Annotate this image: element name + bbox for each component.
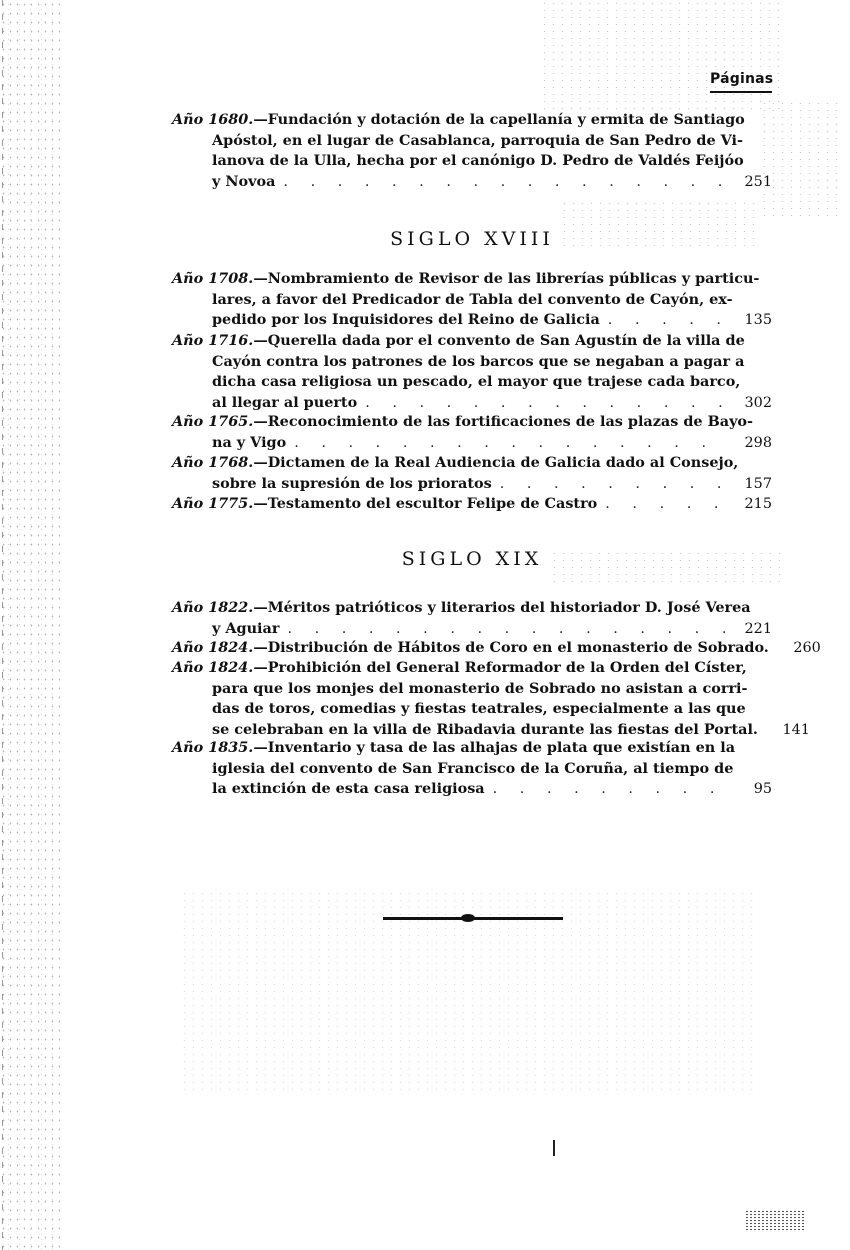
entry-text: —Querella dada por el convento de San Ag… <box>253 332 744 349</box>
page-number: 141 <box>766 720 810 741</box>
ornamental-rule <box>383 917 563 920</box>
page-number: 298 <box>728 433 772 454</box>
ink-blot <box>745 1210 805 1232</box>
index-entry: Año 1716.—Querella dada por el convento … <box>172 331 772 413</box>
dot-leader: . . . . . . . . . . . . . . . . . . . . … <box>485 779 728 800</box>
page-number: 157 <box>728 474 772 495</box>
index-entry: Año 1824.—Prohibición del General Reform… <box>172 658 772 740</box>
entry-text: —Fundación y dotación de la capellanía y… <box>253 111 744 128</box>
entry-year: Año 1716. <box>172 332 253 349</box>
index-entry: Año 1775.—Testamento del escultor Felipe… <box>172 494 772 515</box>
entry-year: Año 1768. <box>172 454 253 471</box>
section-title-siglo-xix: SIGLO XIX <box>172 548 772 570</box>
dot-leader: . . . . . . . . . . . . . . . . . . . . … <box>357 393 728 414</box>
dot-leader: . . . . . . . . . . . . . . . . . . . . … <box>492 474 728 495</box>
entry-text: —Distribución de Hábitos de Coro en el m… <box>253 639 769 656</box>
dot-leader: . . . . . . . . . . . . . . . . . . . . … <box>279 619 728 640</box>
entry-text: —Testamento del escultor Felipe de Castr… <box>253 495 597 512</box>
entry-text: dicha casa religiosa un pescado, el mayo… <box>172 372 772 393</box>
entry-text: —Inventario y tasa de las alhajas de pla… <box>253 739 735 756</box>
dot-leader: . . . . . . . . . . . . . . . . . . . . … <box>597 494 728 515</box>
entry-text: se celebraban en la villa de Ribadavia d… <box>212 720 758 741</box>
section-title-siglo-xviii: SIGLO XVIII <box>172 228 772 250</box>
scan-noise <box>760 100 840 220</box>
entry-text: y Novoa <box>212 172 275 193</box>
entry-text: —Méritos patrióticos y literarios del hi… <box>253 599 750 616</box>
entry-year: Año 1824. <box>172 639 253 656</box>
entry-year: Año 1835. <box>172 739 253 756</box>
page-number: 221 <box>728 619 772 640</box>
pages-column-header: Páginas <box>710 71 772 93</box>
entry-text: la extinción de esta casa religiosa <box>212 779 485 800</box>
scan-edge-line <box>2 0 3 1250</box>
entry-text: y Aguiar <box>212 619 279 640</box>
stray-mark <box>553 1140 555 1156</box>
entry-year: Año 1824. <box>172 659 253 676</box>
entry-text: das de toros, comedias y fiestas teatral… <box>172 699 772 720</box>
entry-text: para que los monjes del monasterio de So… <box>172 679 772 700</box>
page-number: 95 <box>728 779 772 800</box>
page-number: 215 <box>728 494 772 515</box>
index-entry: Año 1708.—Nombramiento de Revisor de las… <box>172 269 772 331</box>
entry-text: pedido por los Inquisidores del Reino de… <box>212 310 600 331</box>
dot-leader: . . . . . . . . . . . . . . . . . . . . … <box>600 310 728 331</box>
entry-text: lanova de la Ulla, hecha por el canónigo… <box>172 151 772 172</box>
entry-text: Cayón contra los patrones de los barcos … <box>172 352 772 373</box>
entry-text: —Nombramiento de Revisor de las librería… <box>253 270 759 287</box>
entry-text: —Reconocimiento de las fortificaciones d… <box>253 413 753 430</box>
entry-year: Año 1765. <box>172 413 253 430</box>
scan-edge-noise <box>0 0 60 1250</box>
entry-text: iglesia del convento de San Francisco de… <box>172 759 772 780</box>
entry-year: Año 1775. <box>172 495 253 512</box>
entry-text: lares, a favor del Predicador de Tabla d… <box>172 290 772 311</box>
index-entry: Año 1835.—Inventario y tasa de las alhaj… <box>172 738 772 800</box>
page-number: 260 <box>777 638 821 659</box>
index-entry: Año 1822.—Méritos patrióticos y literari… <box>172 598 772 639</box>
entry-text: —Prohibición del General Reformador de l… <box>253 659 746 676</box>
page-number: 302 <box>728 393 772 414</box>
index-entry: Año 1765.—Reconocimiento de las fortific… <box>172 412 772 453</box>
entry-text: sobre la supresión de los prioratos <box>212 474 492 495</box>
scan-noise <box>540 0 780 110</box>
entry-text: al llegar al puerto <box>212 393 357 414</box>
entry-text: —Dictamen de la Real Audiencia de Galici… <box>253 454 738 471</box>
entry-text: Apóstol, en el lugar de Casablanca, parr… <box>172 131 772 152</box>
index-entry: Año 1824.—Distribución de Hábitos de Cor… <box>172 638 772 659</box>
page-number: 135 <box>728 310 772 331</box>
dot-leader: . . . . . . . . . . . . . . . . . . . . … <box>286 433 728 454</box>
entry-year: Año 1680. <box>172 111 253 128</box>
entry-year: Año 1708. <box>172 270 253 287</box>
page-number: 251 <box>728 172 772 193</box>
index-entry: Año 1680.—Fundación y dotación de la cap… <box>172 110 772 192</box>
entry-text: na y Vigo <box>212 433 286 454</box>
dot-leader: . . . . . . . . . . . . . . . . . . . . … <box>275 172 728 193</box>
entry-year: Año 1822. <box>172 599 253 616</box>
index-entry: Año 1768.—Dictamen de la Real Audiencia … <box>172 453 772 494</box>
